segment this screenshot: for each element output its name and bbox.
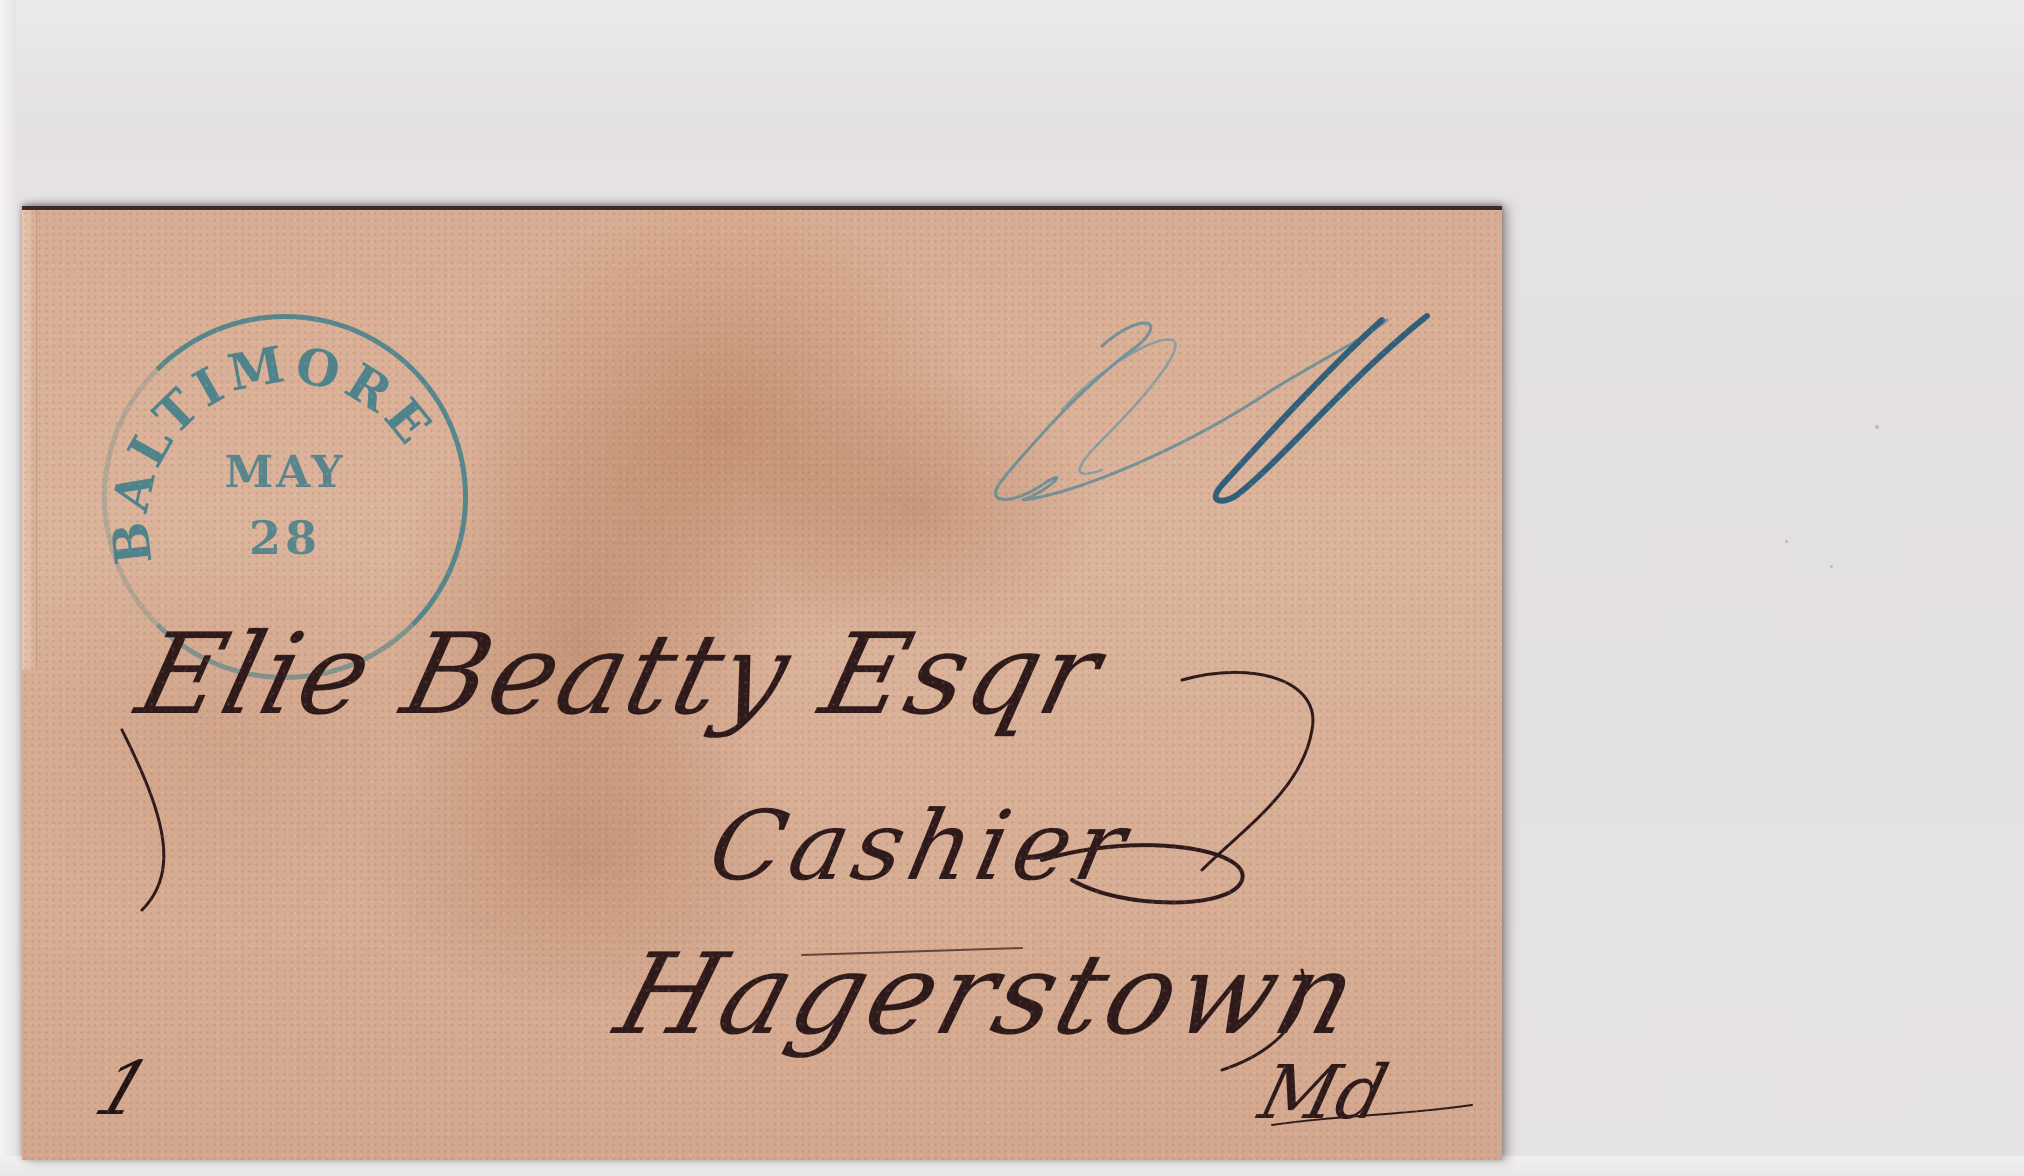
- fold-flap: [22, 210, 37, 670]
- dust-speck: [1875, 425, 1879, 429]
- postmark-month: MAY: [107, 447, 463, 498]
- sleeve-left-edge: [0, 0, 16, 1176]
- addressee-state: Md: [1251, 1050, 1396, 1136]
- sleeve-top: [0, 0, 2024, 160]
- postmark-day: 28: [107, 511, 463, 565]
- rate-marking: [982, 280, 1482, 540]
- dust-speck: [1830, 565, 1833, 568]
- addressee-name: Elie Beatty Esqr: [126, 610, 1114, 740]
- addressee-city: Hagerstown: [603, 930, 1374, 1060]
- letter-cover: BALTIMORE MAY 28 Elie Beatty Esqr Cashie…: [22, 206, 1502, 1160]
- addressee-title: Cashier: [700, 790, 1141, 902]
- dust-speck: [1785, 540, 1788, 543]
- docket-mark: 1: [84, 1046, 162, 1132]
